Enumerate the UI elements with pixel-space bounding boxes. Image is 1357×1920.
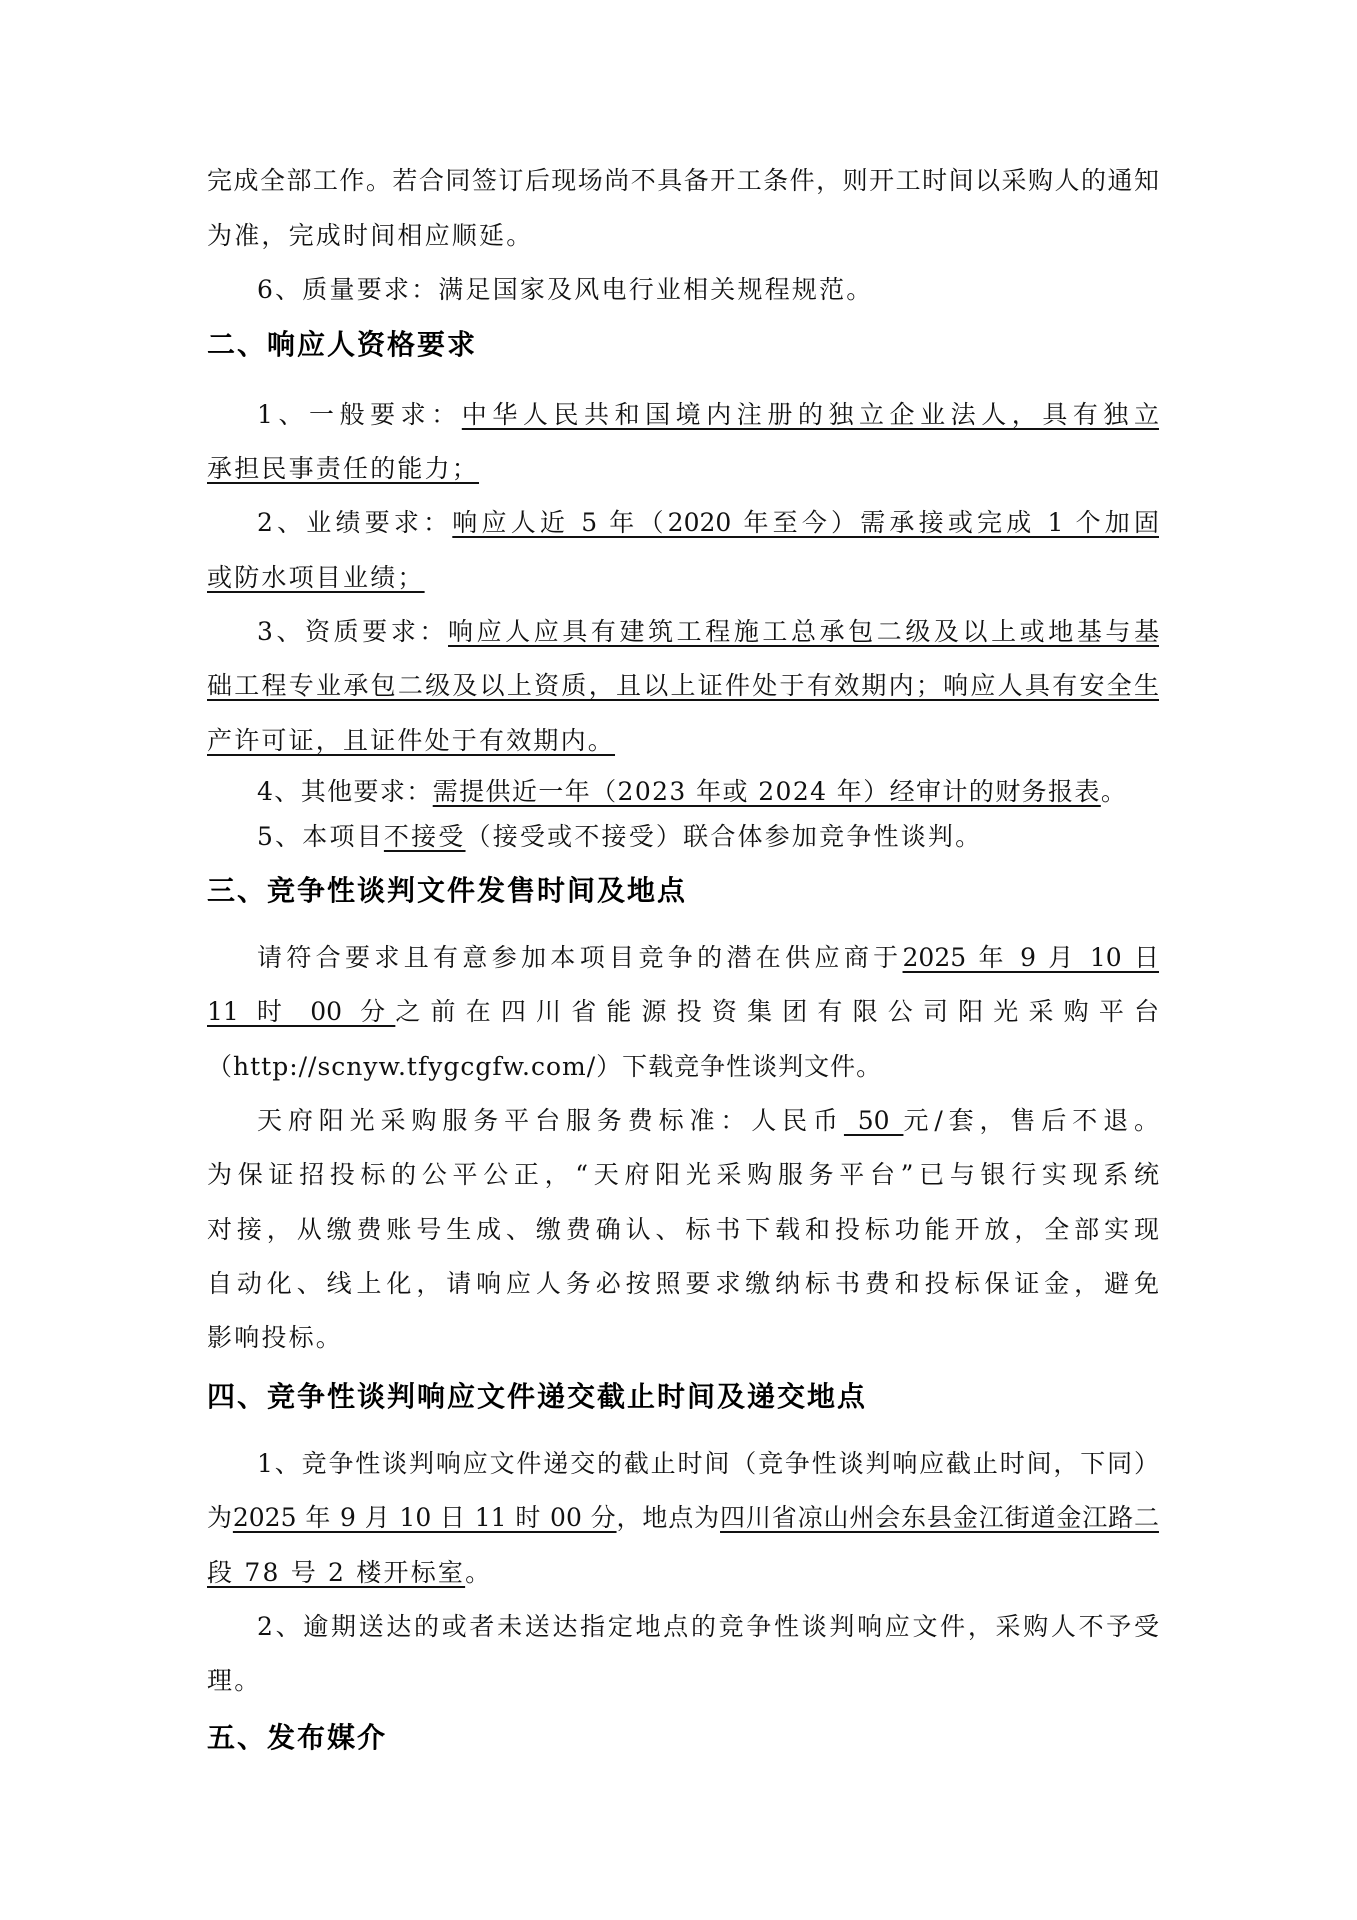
fee-amount: 50	[844, 1106, 904, 1135]
deadline-datetime: 2025 年 9 月 10 日 11 时 00 分	[233, 1503, 617, 1532]
underlined-text: 或防水项目业绩；	[207, 563, 425, 592]
continuation-line-2: 为准，完成时间相应顺延。	[207, 219, 1159, 253]
deadline-para-line-3: 段 78 号 2 楼开标室。	[207, 1556, 1159, 1590]
general-requirement-line-1: 1、一般要求：中华人民共和国境内注册的独立企业法人，具有独立	[257, 398, 1159, 432]
section-heading-submission-deadline: 四、竞争性谈判响应文件递交截止时间及递交地点	[207, 1378, 867, 1416]
item-prefix: 5、本项目	[257, 822, 384, 851]
sale-para-rest: 之前在四川省能源投资集团有限公司阳光采购平台	[395, 997, 1159, 1026]
late-submission-line-1: 2、逾期送达的或者未送达指定地点的竞争性谈判响应文件，采购人不予受	[257, 1610, 1159, 1644]
certification-requirement-line-2: 础工程专业承包二级及以上资质，且以上证件处于有效期内；响应人具有安全生	[207, 669, 1159, 703]
deadline-suffix: 。	[465, 1558, 492, 1587]
item-label: 1、一般要求：	[257, 400, 462, 429]
fee-para-line-3: 对接，从缴费账号生成、缴费确认、标书下载和投标功能开放，全部实现	[207, 1213, 1159, 1247]
sale-para-line-1: 请符合要求且有意参加本项目竞争的潜在供应商于2025 年 9 月 10 日	[257, 941, 1159, 975]
general-requirement-line-2: 承担民事责任的能力；	[207, 452, 1159, 486]
underlined-text: 产许可证，且证件处于有效期内。	[207, 726, 615, 755]
certification-requirement-line-1: 3、资质要求：响应人应具有建筑工程施工总承包二级及以上或地基与基	[257, 615, 1159, 649]
sale-para-line-2: 11 时 00 分之前在四川省能源投资集团有限公司阳光采购平台	[207, 995, 1159, 1029]
consortium-requirement: 5、本项目不接受（接受或不接受）联合体参加竞争性谈判。	[257, 820, 1159, 854]
item-label: 3、资质要求：	[257, 617, 448, 646]
other-requirement: 4、其他要求：需提供近一年（2023 年或 2024 年）经审计的财务报表。	[257, 775, 1159, 809]
sale-para-line-3: （http://scnyw.tfygcgfw.com/）下载竞争性谈判文件。	[207, 1050, 1159, 1084]
sale-para-prefix: 请符合要求且有意参加本项目竞争的潜在供应商于	[257, 943, 903, 972]
late-submission-line-2: 理。	[207, 1664, 1159, 1698]
deadline-para-line-2: 为2025 年 9 月 10 日 11 时 00 分，地点为四川省凉山州会东县金…	[207, 1501, 1159, 1535]
deadline-prefix: 为	[207, 1503, 233, 1532]
item-label: 4、其他要求：	[257, 777, 433, 806]
sale-date: 2025 年 9 月 10 日	[903, 943, 1159, 972]
deadline-mid: ，地点为	[617, 1503, 720, 1532]
submission-location: 四川省凉山州会东县金江街道金江路二	[720, 1503, 1159, 1532]
item-suffix: （接受或不接受）联合体参加竞争性谈判。	[466, 822, 983, 851]
underlined-text: 础工程专业承包二级及以上资质，且以上证件处于有效期内；响应人具有安全生	[207, 671, 1159, 700]
underlined-text: 中华人民共和国境内注册的独立企业法人，具有独立	[462, 400, 1159, 429]
performance-requirement-line-2: 或防水项目业绩；	[207, 561, 1159, 595]
section-heading-qualifications: 二、响应人资格要求	[207, 326, 477, 364]
underlined-text: 不接受	[384, 822, 466, 851]
fee-para-line-5: 影响投标。	[207, 1321, 1159, 1355]
certification-requirement-line-3: 产许可证，且证件处于有效期内。	[207, 724, 1159, 758]
fee-para-line-2: 为保证招投标的公平公正，“天府阳光采购服务平台”已与银行实现系统	[207, 1158, 1159, 1192]
deadline-para-line-1: 1、竞争性谈判响应文件递交的截止时间（竞争性谈判响应截止时间，下同）	[257, 1447, 1159, 1481]
fee-suffix: 元/套，售后不退。	[903, 1106, 1159, 1135]
underlined-text: 响应人应具有建筑工程施工总承包二级及以上或地基与基	[448, 617, 1159, 646]
item-suffix: 。	[1101, 777, 1127, 806]
continuation-line-1: 完成全部工作。若合同签订后现场尚不具备开工条件，则开工时间以采购人的通知	[207, 164, 1159, 198]
document-page: 完成全部工作。若合同签订后现场尚不具备开工条件，则开工时间以采购人的通知 为准，…	[0, 0, 1357, 1920]
fee-prefix: 天府阳光采购服务平台服务费标准：人民币	[257, 1106, 844, 1135]
performance-requirement-line-1: 2、业绩要求：响应人近 5 年（2020 年至今）需承接或完成 1 个加固	[257, 506, 1159, 540]
underlined-text: 承担民事责任的能力；	[207, 454, 479, 483]
fee-para-line-1: 天府阳光采购服务平台服务费标准：人民币 50 元/套，售后不退。	[257, 1104, 1159, 1138]
submission-location-cont: 段 78 号 2 楼开标室	[207, 1558, 465, 1587]
underlined-text: 需提供近一年（2023 年或 2024 年）经审计的财务报表	[433, 777, 1101, 806]
section-heading-publication-media: 五、发布媒介	[207, 1719, 387, 1757]
section-heading-document-sale: 三、竞争性谈判文件发售时间及地点	[207, 872, 687, 910]
underlined-text: 响应人近 5 年（2020 年至今）需承接或完成 1 个加固	[452, 508, 1159, 537]
item-label: 2、业绩要求：	[257, 508, 452, 537]
sale-time: 11 时 00 分	[207, 997, 395, 1026]
quality-requirement: 6、质量要求：满足国家及风电行业相关规程规范。	[257, 273, 1159, 307]
fee-para-line-4: 自动化、线上化，请响应人务必按照要求缴纳标书费和投标保证金，避免	[207, 1267, 1159, 1301]
